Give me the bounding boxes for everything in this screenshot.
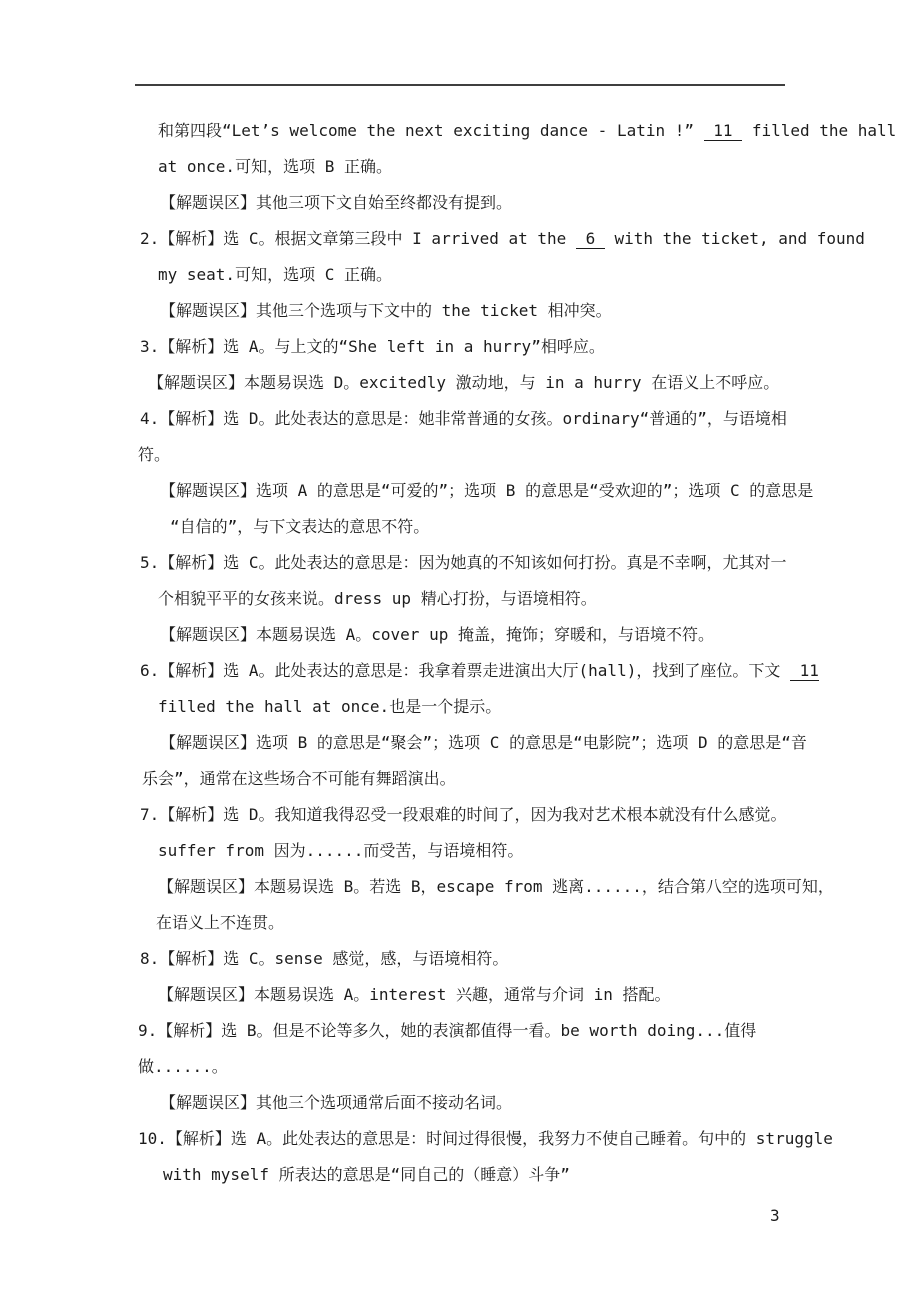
text-line: 做......。 [0,1049,920,1085]
text-segment: 5.【解析】选 C。此处表达的意思是：因为她真的不知该如何打扮。真是不幸啊，尤其… [140,553,787,572]
text-line: 7.【解析】选 D。我知道我得忍受一段艰难的时间了，因为我对艺术根本就没有什么感… [0,797,920,833]
text-segment: filled the hall at once.也是一个提示。 [158,697,501,716]
text-segment: “自信的”，与下文表达的意思不符。 [170,517,429,536]
text-segment: 做......。 [138,1057,228,1076]
text-segment: 【解题误区】本题易误选 D。excitedly 激动地，与 in a hurry… [148,373,779,392]
text-segment: 在语义上不连贯。 [156,913,284,932]
text-line: 【解题误区】选项 B 的意思是“聚会”；选项 C 的意思是“电影院”；选项 D … [0,725,920,761]
text-segment: 乐会”，通常在这些场合不可能有舞蹈演出。 [142,769,456,788]
text-line: 符。 [0,437,920,473]
text-segment: 10.【解析】选 A。此处表达的意思是：时间过得很慢，我努力不使自己睡着。句中的… [138,1129,833,1148]
text-line: 和第四段“Let’s welcome the next exciting dan… [0,113,920,149]
text-line: 4.【解析】选 D。此处表达的意思是：她非常普通的女孩。ordinary“普通的… [0,401,920,437]
text-line: with myself 所表达的意思是“同自己的（睡意）斗争” [0,1157,920,1193]
text-line: 【解题误区】本题易误选 B。若选 B，escape from 逃离......，… [0,869,920,905]
text-line: “自信的”，与下文表达的意思不符。 [0,509,920,545]
text-line: 【解题误区】选项 A 的意思是“可爱的”；选项 B 的意思是“受欢迎的”；选项 … [0,473,920,509]
header-rule [135,84,785,86]
text-line: 【解题误区】其他三个选项与下文中的 the ticket 相冲突。 [0,293,920,329]
text-line: 在语义上不连贯。 [0,905,920,941]
text-segment: 【解题误区】本题易误选 A。interest 兴趣，通常与介词 in 搭配。 [158,985,671,1004]
text-line: filled the hall at once.也是一个提示。 [0,689,920,725]
text-segment: 【解题误区】本题易误选 A。cover up 掩盖，掩饰；穿暖和，与语境不符。 [160,625,714,644]
text-segment: 符。 [138,445,170,464]
text-segment: 和第四段“Let’s welcome the next exciting dan… [158,121,704,140]
text-segment: 【解题误区】本题易误选 B。若选 B，escape from 逃离......，… [158,877,834,896]
text-line: 【解题误区】其他三个选项通常后面不接动名词。 [0,1085,920,1121]
blank-underline: 11 [790,661,819,681]
text-line: 【解题误区】本题易误选 D。excitedly 激动地，与 in a hurry… [0,365,920,401]
text-line: 8.【解析】选 C。sense 感觉，感，与语境相符。 [0,941,920,977]
text-segment: 9.【解析】选 B。但是不论等多久，她的表演都值得一看。be worth doi… [138,1021,756,1040]
text-line: suffer from 因为......而受苦，与语境相符。 [0,833,920,869]
text-segment: 4.【解析】选 D。此处表达的意思是：她非常普通的女孩。ordinary“普通的… [140,409,787,428]
blank-underline: 11 [704,121,743,141]
text-segment: 3.【解析】选 A。与上文的“She left in a hurry”相呼应。 [140,337,605,356]
text-line: 9.【解析】选 B。但是不论等多久，她的表演都值得一看。be worth doi… [0,1013,920,1049]
text-line: 5.【解析】选 C。此处表达的意思是：因为她真的不知该如何打扮。真是不幸啊，尤其… [0,545,920,581]
text-line: 6.【解析】选 A。此处表达的意思是：我拿着票走进演出大厅(hall)，找到了座… [0,653,920,689]
text-segment: 【解题误区】选项 A 的意思是“可爱的”；选项 B 的意思是“受欢迎的”；选项 … [160,481,813,500]
text-segment: my seat.可知，选项 C 正确。 [158,265,392,284]
text-segment: suffer from 因为......而受苦，与语境相符。 [158,841,523,860]
text-line: 乐会”，通常在这些场合不可能有舞蹈演出。 [0,761,920,797]
text-segment: at once.可知，选项 B 正确。 [158,157,392,176]
text-segment: filled the hall [742,121,896,140]
text-line: 个相貌平平的女孩来说。dress up 精心打扮，与语境相符。 [0,581,920,617]
text-segment: 【解题误区】其他三项下文自始至终都没有提到。 [160,193,512,212]
text-line: 10.【解析】选 A。此处表达的意思是：时间过得很慢，我努力不使自己睡着。句中的… [0,1121,920,1157]
document-page: 和第四段“Let’s welcome the next exciting dan… [0,0,920,1302]
text-line: my seat.可知，选项 C 正确。 [0,257,920,293]
text-segment: with the ticket, and found [605,229,865,248]
text-segment: 【解题误区】其他三个选项与下文中的 the ticket 相冲突。 [160,301,612,320]
page-number: 3 [770,1202,780,1230]
text-line: 【解题误区】本题易误选 A。interest 兴趣，通常与介词 in 搭配。 [0,977,920,1013]
text-segment: 【解题误区】其他三个选项通常后面不接动名词。 [160,1093,512,1112]
text-segment: 8.【解析】选 C。sense 感觉，感，与语境相符。 [140,949,508,968]
document-body: 和第四段“Let’s welcome the next exciting dan… [0,113,920,1193]
text-line: 2.【解析】选 C。根据文章第三段中 I arrived at the 6 wi… [0,221,920,257]
text-segment: 6.【解析】选 A。此处表达的意思是：我拿着票走进演出大厅(hall)，找到了座… [140,661,790,680]
text-segment: 【解题误区】选项 B 的意思是“聚会”；选项 C 的意思是“电影院”；选项 D … [160,733,807,752]
text-line: at once.可知，选项 B 正确。 [0,149,920,185]
text-line: 【解题误区】其他三项下文自始至终都没有提到。 [0,185,920,221]
text-line: 3.【解析】选 A。与上文的“She left in a hurry”相呼应。 [0,329,920,365]
text-segment: 7.【解析】选 D。我知道我得忍受一段艰难的时间了，因为我对艺术根本就没有什么感… [140,805,787,824]
blank-underline: 6 [576,229,605,249]
text-line: 【解题误区】本题易误选 A。cover up 掩盖，掩饰；穿暖和，与语境不符。 [0,617,920,653]
text-segment: with myself 所表达的意思是“同自己的（睡意）斗争” [163,1165,570,1184]
text-segment: 2.【解析】选 C。根据文章第三段中 I arrived at the [140,229,576,248]
text-segment: 个相貌平平的女孩来说。dress up 精心打扮，与语境相符。 [158,589,597,608]
